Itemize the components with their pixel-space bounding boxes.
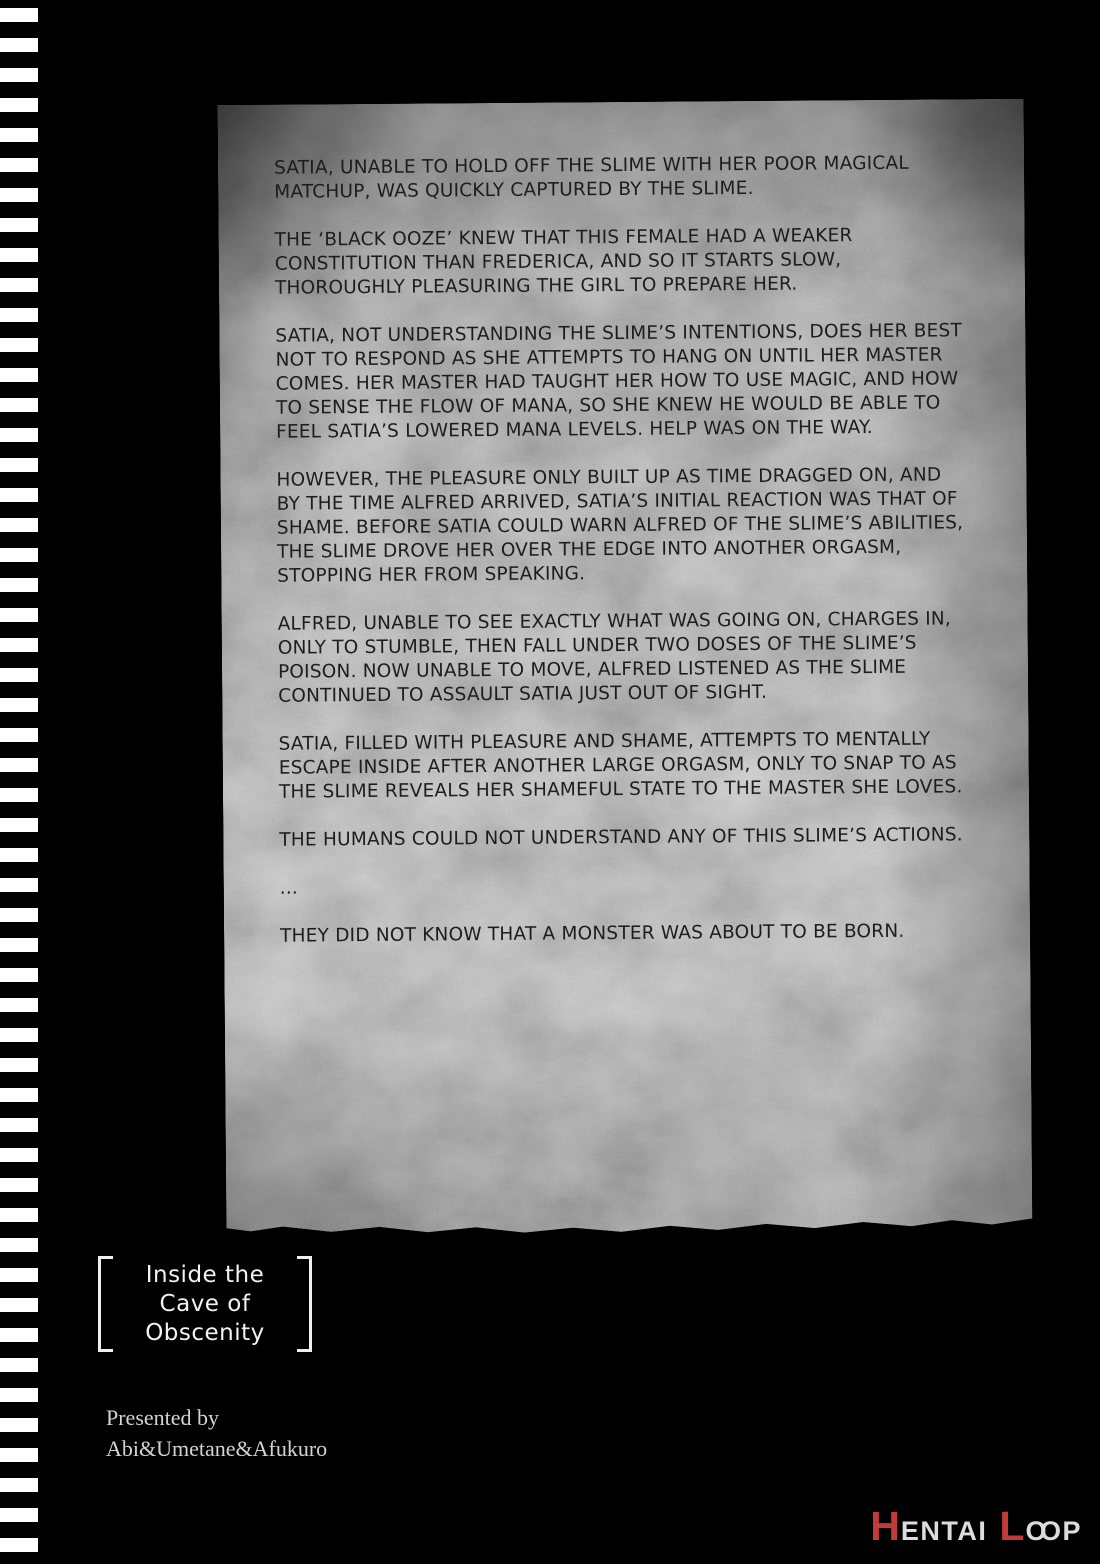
right-bracket-decoration [297,1256,312,1352]
logo-o-second: O [1040,1516,1063,1546]
credits-block: Presented by Abi&Umetane&Afukuro [106,1402,327,1464]
story-paragraph: ALFRED, UNABLE TO SEE EXACTLY WHAT WAS G… [278,607,971,708]
logo-initial-h: H [870,1503,901,1549]
logo-initial-l: L [999,1503,1025,1549]
logo-text-p: P [1062,1516,1082,1546]
logo-text-entai: ENTAI [901,1516,988,1546]
edge-stripes-decoration [0,0,38,1564]
series-title: Inside the Cave of Obscenity [113,1261,297,1348]
left-bracket-decoration [98,1256,113,1352]
paper-sheet: SATIA, UNABLE TO HOLD OFF THE SLIME WITH… [218,99,1033,1237]
story-paragraph: THE HUMANS COULD NOT UNDERSTAND ANY OF T… [279,823,971,852]
story-paragraph: THEY DID NOT KNOW THAT A MONSTER WAS ABO… [280,919,972,948]
series-title-line: Obscenity [113,1319,297,1348]
hentai-loop-logo: HENTAILOOP [870,1503,1082,1550]
artist-names: Abi&Umetane&Afukuro [106,1433,327,1464]
doujin-credits-page: SATIA, UNABLE TO HOLD OFF THE SLIME WITH… [0,0,1100,1564]
story-paragraph-ellipsis: ... [280,871,972,900]
presented-by-label: Presented by [106,1402,327,1433]
story-paragraph: THE ‘BLACK OOZE’ KNEW THAT THIS FEMALE H… [275,223,968,300]
story-text: SATIA, UNABLE TO HOLD OFF THE SLIME WITH… [274,151,972,972]
series-title-line: Cave of [113,1290,297,1319]
story-paragraph: SATIA, FILLED WITH PLEASURE AND SHAME, A… [278,727,971,804]
series-title-block: Inside the Cave of Obscenity [98,1252,312,1356]
story-paragraph: HOWEVER, THE PLEASURE ONLY BUILT UP AS T… [276,463,969,588]
story-paragraph: SATIA, UNABLE TO HOLD OFF THE SLIME WITH… [274,151,966,204]
story-paragraph: SATIA, NOT UNDERSTANDING THE SLIME’S INT… [275,319,968,444]
series-title-line: Inside the [113,1261,297,1290]
